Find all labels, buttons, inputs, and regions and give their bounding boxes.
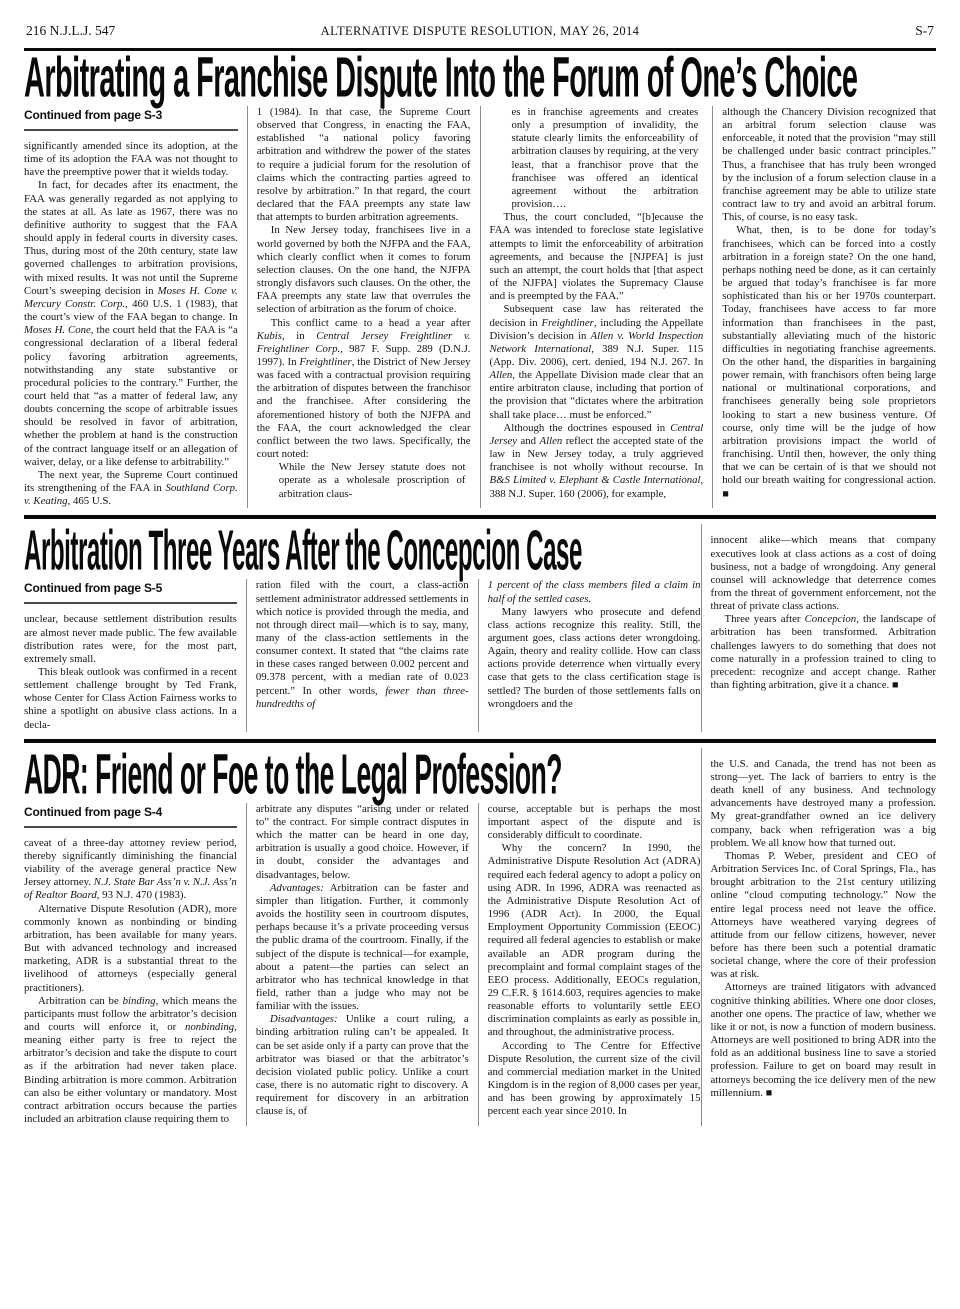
article-column: arbitrate any disputes “arising under or… [246,803,478,1126]
body-paragraph: Attorneys are trained litigators with ad… [711,981,937,1099]
body-paragraph: Many lawyers who prosecute and defend cl… [488,606,701,711]
continued-from-kicker: Continued from page S-4 [24,803,237,828]
article-concepcion-case: Arbitration Three Years After the Concep… [24,524,936,731]
body-paragraph: Advantages: Arbitration can be faster an… [256,882,469,1014]
article-main: Arbitration Three Years After the Concep… [24,524,701,731]
body-paragraph: Why the concern? In 1990, the Administra… [488,842,701,1039]
article-column: Continued from page S-5unclear, because … [24,579,246,731]
body-paragraph: According to The Centre for Effective Di… [488,1040,701,1119]
body-paragraph: 1 percent of the class members filed a c… [488,579,701,605]
body-paragraph: This conflict came to a head a year afte… [257,317,471,462]
body-paragraph: course, acceptable but is perhaps the mo… [488,803,701,842]
article-columns: Continued from page S-4caveat of a three… [24,803,701,1126]
article-adr-friend-or-foe: ADR: Friend or Foe to the Legal Professi… [24,748,936,1126]
article-column: ration filed with the court, a class-act… [246,579,478,731]
article-side-column: the U.S. and Canada, the trend has not b… [701,748,937,1126]
body-paragraph: 1 (1984). In that case, the Supreme Cour… [257,106,471,224]
body-paragraph: What, then, is to be done for today’s fr… [722,224,936,500]
article-main: ADR: Friend or Foe to the Legal Professi… [24,748,701,1126]
article-column: although the Chancery Division recognize… [712,106,936,508]
article-column: 1 (1984). In that case, the Supreme Cour… [247,106,480,508]
article-column: 1 percent of the class members filed a c… [478,579,701,731]
body-paragraph: Thus, the court concluded, “[b]ecause th… [490,211,704,303]
body-paragraph: This bleak outlook was confirmed in a re… [24,666,237,732]
article-headline: Arbitration Three Years After the Concep… [24,527,701,579]
masthead: 216 N.J.L.J. 547 ALTERNATIVE DISPUTE RES… [24,0,936,51]
body-paragraph: In fact, for decades after its enactment… [24,179,238,468]
body-paragraph: Alternative Dispute Resolution (ADR), mo… [24,903,237,995]
continued-from-kicker: Continued from page S-5 [24,579,237,604]
body-paragraph: although the Chancery Division recognize… [722,106,936,224]
article-columns: Continued from page S-3significantly ame… [24,106,936,508]
body-paragraph: unclear, because settlement distribution… [24,613,237,666]
body-paragraph: significantly amended since its adoption… [24,140,238,179]
article-column: course, acceptable but is perhaps the mo… [478,803,701,1126]
body-paragraph: Thomas P. Weber, president and CEO of Ar… [711,850,937,982]
body-paragraph: Disadvantages: Unlike a court ruling, a … [256,1013,469,1118]
article-column: Continued from page S-4caveat of a three… [24,803,246,1126]
article-headline: ADR: Friend or Foe to the Legal Professi… [24,751,701,803]
body-paragraph: Arbitration can be binding, which means … [24,995,237,1127]
article-franchise-dispute: Arbitrating a Franchise Dispute Into the… [24,54,936,508]
body-paragraph: es in franchise agreements and creates o… [512,106,699,211]
body-paragraph: the U.S. and Canada, the trend has not b… [711,758,937,850]
newspaper-page: 216 N.J.L.J. 547 ALTERNATIVE DISPUTE RES… [0,0,960,1126]
article-separator [24,739,936,743]
journal-citation: 216 N.J.L.J. 547 [26,23,115,39]
article-columns: Continued from page S-5unclear, because … [24,579,701,731]
body-paragraph: caveat of a three-day attorney review pe… [24,837,237,903]
section-title: ALTERNATIVE DISPUTE RESOLUTION, MAY 26, … [24,24,936,39]
body-paragraph: innocent alike—which means that company … [711,534,937,613]
body-paragraph: ration filed with the court, a class-act… [256,579,469,711]
page-number: S-7 [915,23,934,39]
body-paragraph: Three years after Concepcion, the landsc… [711,613,937,692]
body-paragraph: arbitrate any disputes “arising under or… [256,803,469,882]
article-column: Continued from page S-3significantly ame… [24,106,247,508]
body-paragraph: While the New Jersey statute does not op… [279,461,466,500]
article-headline: Arbitrating a Franchise Dispute Into the… [24,54,936,106]
article-column: es in franchise agreements and creates o… [480,106,713,508]
body-paragraph: Although the doctrines espoused in Centr… [490,422,704,501]
continued-from-kicker: Continued from page S-3 [24,106,238,131]
body-paragraph: In New Jersey today, franchisees live in… [257,224,471,316]
body-paragraph: Subsequent case law has reiterated the d… [490,303,704,421]
body-paragraph: The next year, the Supreme Court continu… [24,469,238,508]
article-side-column: innocent alike—which means that company … [701,524,937,731]
